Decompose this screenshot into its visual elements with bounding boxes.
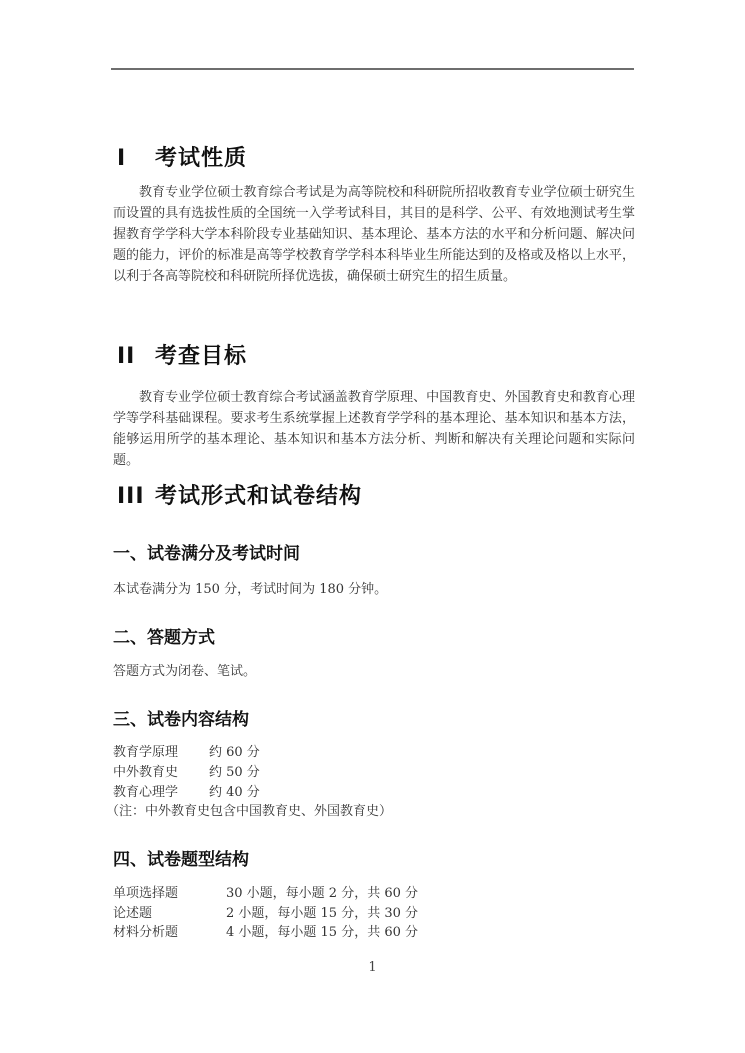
subsection-heading-2: 二、答题方式 <box>113 623 215 648</box>
subsection-heading-3: 三、试卷内容结构 <box>113 705 249 730</box>
question-detail: 30 小题，每小题 2 分，共 60 分 <box>226 882 418 901</box>
section-number: III <box>117 484 145 509</box>
section-heading-1: I考试性质 <box>117 141 247 172</box>
answer-method-text: 答题方式为闭卷、笔试。 <box>113 660 256 679</box>
subject-name: 教育学原理 <box>113 741 178 760</box>
question-type: 材料分析题 <box>113 921 178 940</box>
section-number: II <box>117 344 145 369</box>
section-title: 考试形式和试卷结构 <box>155 484 362 509</box>
section-heading-3: III考试形式和试卷结构 <box>117 479 362 510</box>
exam-score-time-text: 本试卷满分为 150 分，考试时间为 180 分钟。 <box>113 578 387 597</box>
section-number: I <box>117 146 145 171</box>
section-title: 考查目标 <box>155 344 247 369</box>
page-number: 1 <box>0 960 745 975</box>
subject-score: 约 40 分 <box>209 781 260 800</box>
subject-name: 教育心理学 <box>113 781 178 800</box>
header-rule <box>111 68 634 70</box>
section-title: 考试性质 <box>155 146 247 171</box>
subject-score: 约 60 分 <box>209 741 260 760</box>
question-detail: 2 小题，每小题 15 分，共 30 分 <box>226 902 418 921</box>
subsection-heading-1: 一、试卷满分及考试时间 <box>113 539 300 564</box>
section-2-paragraph: 教育专业学位硕士教育综合考试涵盖教育学原理、中国教育史、外国教育史和教育心理学等… <box>113 387 635 471</box>
question-type: 论述题 <box>113 902 152 921</box>
subject-name: 中外教育史 <box>113 761 178 780</box>
section-heading-2: II考查目标 <box>117 339 247 370</box>
subsection-heading-4: 四、试卷题型结构 <box>113 845 249 870</box>
question-type: 单项选择题 <box>113 882 178 901</box>
content-note: （注：中外教育史包含中国教育史、外国教育史） <box>106 800 392 819</box>
question-detail: 4 小题，每小题 15 分，共 60 分 <box>226 921 418 940</box>
section-1-paragraph: 教育专业学位硕士教育综合考试是为高等院校和科研院所招收教育专业学位硕士研究生而设… <box>113 182 635 287</box>
subject-score: 约 50 分 <box>209 761 260 780</box>
